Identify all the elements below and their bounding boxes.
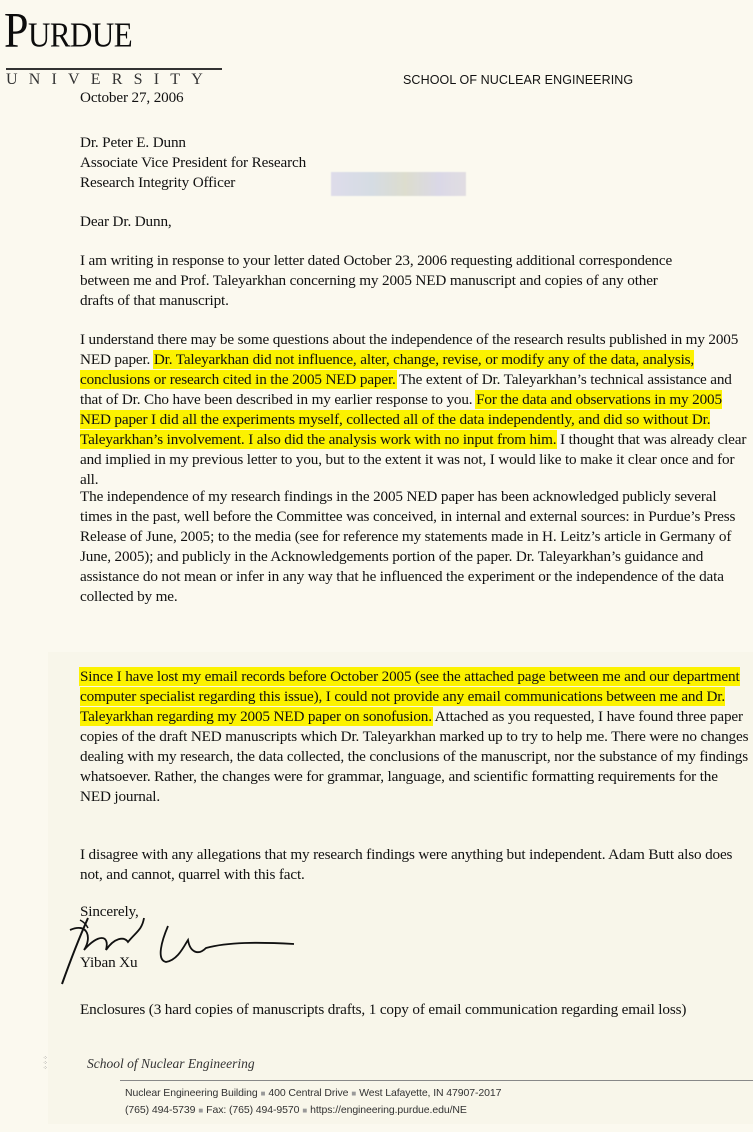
logo-divider bbox=[6, 68, 222, 70]
purdue-logo-university: UNIVERSITY bbox=[6, 71, 214, 89]
footer-item: 400 Central Drive bbox=[268, 1087, 348, 1099]
footer-item: https://engineering.purdue.edu/NE bbox=[310, 1104, 467, 1116]
purdue-logo-wordmark: Purdue bbox=[4, 6, 132, 55]
separator-icon: ■ bbox=[195, 1106, 206, 1115]
footer-item: (765) 494-5739 bbox=[125, 1104, 195, 1116]
scan-edge-marks: ⁘⁘⁘ bbox=[40, 1055, 48, 1081]
footer-address: Nuclear Engineering Building■400 Central… bbox=[125, 1087, 501, 1099]
paragraph-response: I am writing in response to your letter … bbox=[80, 251, 680, 311]
recipient-name: Dr. Peter E. Dunn bbox=[80, 133, 752, 153]
handwritten-signature bbox=[58, 916, 308, 988]
footer-school-name: School of Nuclear Engineering bbox=[87, 1056, 255, 1072]
footer-divider bbox=[120, 1080, 753, 1081]
enclosures-note: Enclosures (3 hard copies of manuscripts… bbox=[80, 1000, 752, 1020]
footer-item: Fax: (765) 494-9570 bbox=[206, 1104, 299, 1116]
separator-icon: ■ bbox=[299, 1106, 310, 1115]
paragraph-independence: I understand there may be some questions… bbox=[80, 330, 752, 490]
paragraph-email-records: Since I have lost my email records befor… bbox=[80, 667, 752, 807]
footer-item: Nuclear Engineering Building bbox=[125, 1087, 258, 1099]
recipient-role: Research Integrity Officer bbox=[80, 173, 752, 193]
recipient-title: Associate Vice President for Research bbox=[80, 153, 752, 173]
department-header: SCHOOL OF NUCLEAR ENGINEERING bbox=[403, 73, 633, 87]
footer-item: West Lafayette, IN 47907-2017 bbox=[359, 1087, 501, 1099]
paragraph-acknowledgement: The independence of my research findings… bbox=[80, 487, 752, 607]
letter-date: October 27, 2006 bbox=[80, 88, 752, 108]
separator-icon: ■ bbox=[348, 1089, 359, 1098]
paragraph-disagreement: I disagree with any allegations that my … bbox=[80, 845, 752, 885]
footer-contact: (765) 494-5739■Fax: (765) 494-9570■https… bbox=[125, 1104, 467, 1116]
salutation: Dear Dr. Dunn, bbox=[80, 212, 752, 232]
separator-icon: ■ bbox=[258, 1089, 269, 1098]
